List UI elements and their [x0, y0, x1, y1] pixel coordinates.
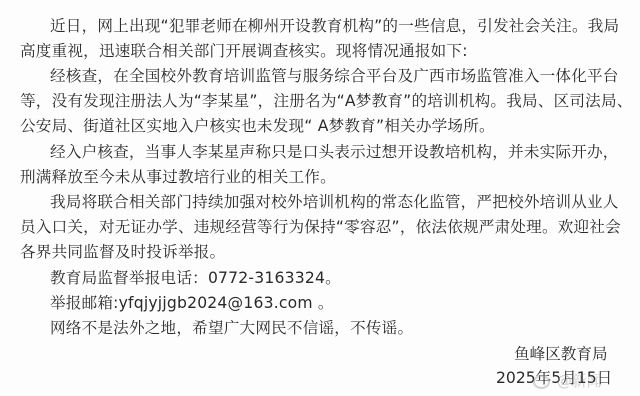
- report-phone-line: 教育局监督举报电话：0772-3163324。: [50, 268, 341, 288]
- paragraph-1-line-2: 高度重视，迅速联合相关部门开展调查核实。现将情况通报如下:: [20, 41, 468, 61]
- paragraph-1-line-1: 近日，网上出现“犯罪老师在柳州开设教育机构”的一些信息，引发社会关注。我局: [50, 16, 619, 36]
- issue-date: 2025年5月15日: [496, 368, 612, 388]
- report-email-line: 举报邮箱:yfqjyjjgb2024@163.com 。: [50, 293, 334, 313]
- paragraph-2-line-1: 经核查，在全国校外教育培训监管与服务综合平台及广西市场监管准入一体化平台: [50, 66, 619, 86]
- official-notice-document: 近日，网上出现“犯罪老师在柳州开设教育机构”的一些信息，引发社会关注。我局 高度…: [0, 0, 640, 396]
- paragraph-2-line-3: 公安局、街道社区实地入户核实也未发现“ A梦教育”相关办学场所。: [20, 116, 495, 136]
- paragraph-4-line-3: 各界共同监督及时投诉举报。: [20, 242, 225, 262]
- issuer-name: 鱼峰区教育局: [514, 344, 608, 364]
- paragraph-3-line-2: 刑满释放至今未从事过教培行业的相关工作。: [20, 167, 336, 187]
- paragraph-3-line-1: 经入户核查，当事人李某星声称只是口头表示过想开设教培机构，并未实际开办，: [50, 142, 619, 162]
- closing-statement: 网络不是法外之地，希望广大网民不信谣，不传谣。: [50, 318, 413, 338]
- paragraph-2-line-2: 等，没有发现注册法人为“李某星”，注册名为“A梦教育”的培训机构。我局、区司法局…: [20, 91, 633, 111]
- paragraph-4-line-2: 员入口关，对无证办学、违规经营等行为保持“零容忍”，依法依规严肃处理。欢迎社会: [20, 217, 621, 237]
- paragraph-4-line-1: 我局将联合相关部门持续加强对校外培训机构的常态化监管，严把校外培训从业人: [50, 192, 619, 212]
